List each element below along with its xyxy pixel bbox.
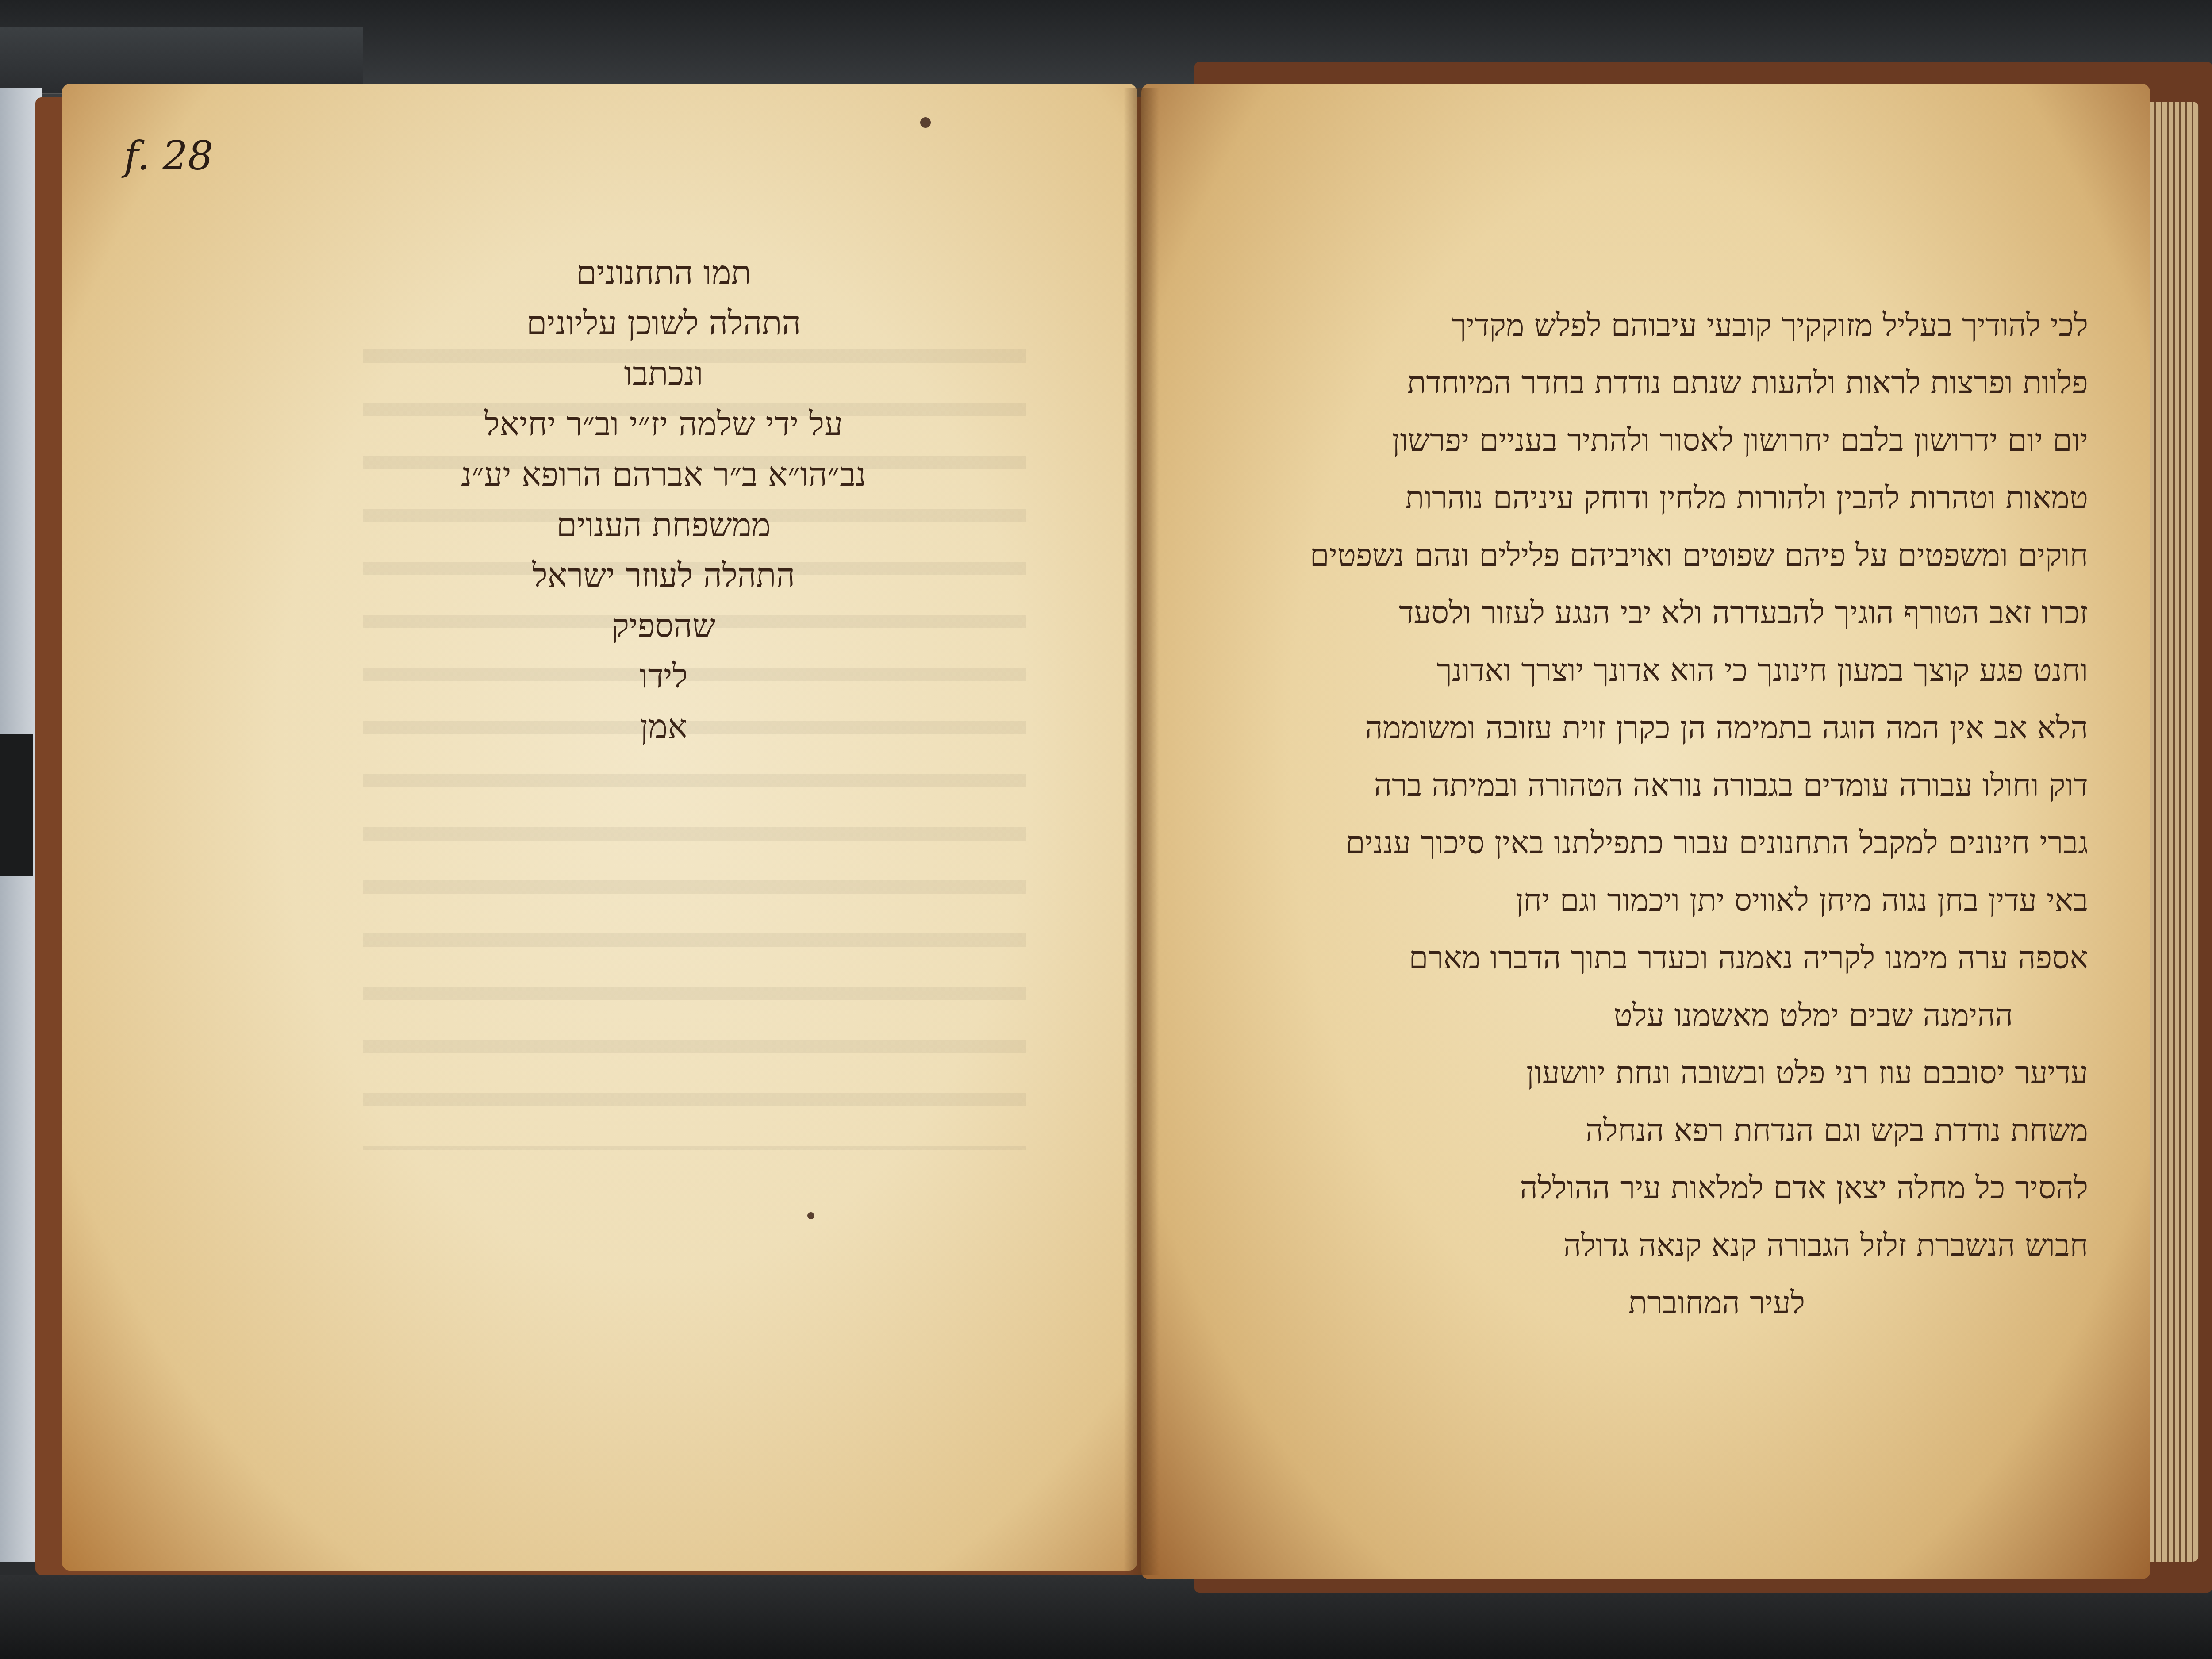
page-edges [2150, 102, 2199, 1562]
colophon-line: אמן [310, 702, 1018, 752]
poem-line: חבוש הנשברת זלזל הגבורה קנא קנאה גדולה [1194, 1217, 2088, 1274]
poem-line: טמאות וטהרות להבין ולהורות מלחין ודוחק ע… [1194, 469, 2088, 526]
colophon-line: ממשפחת הענוים [310, 500, 1018, 550]
poem-line: חוקים ומשפטים על פיהם שפוטים ואויביהם פל… [1194, 526, 2088, 584]
colophon-line: שהספיק [310, 601, 1018, 651]
book-clamp [0, 734, 33, 876]
colophon-text-block: תמו התחנונים התהלה לשוכן עליונים ונכתבו … [310, 248, 1018, 752]
poem-line: פלוות ופרצות לראות ולהעות שנתם נודדת בחד… [1194, 354, 2088, 411]
folio-number: f. 28 [124, 133, 213, 179]
colophon-line: לידו [310, 651, 1018, 702]
poem-text-block: לכי להודיך בעליל מזוקקיך קובעי עיבוהם לפ… [1194, 296, 2088, 1332]
colophon-line: התהלה לשוכן עליונים [310, 298, 1018, 349]
colophon-line: התהלה לעוזר ישראל [310, 550, 1018, 601]
colophon-line: נב״הו״א ב״ר אברהם הרופא יע״נ [310, 449, 1018, 500]
poem-line: וחנט פגע קוצך במעון חינונך כי הוא אדונך … [1194, 641, 2088, 699]
poem-line: לעיר המחוברת [1194, 1274, 2088, 1332]
poem-line: עדיער יסובבם עוז רני פלט ובשובה ונחת יוו… [1194, 1044, 2088, 1102]
poem-line: הלא אב אין המה הוגה בתמימה הן כקרן זוית … [1194, 699, 2088, 757]
poem-line: ההימנה שבים ימלט מאשמנו עלט [1194, 987, 2088, 1044]
poem-line: לכי להודיך בעליל מזוקקיך קובעי עיבוהם לפ… [1194, 296, 2088, 354]
ink-spot [920, 117, 931, 128]
poem-line: יום יום ידרושון בלבם יחרושון לאסור ולהתי… [1194, 411, 2088, 469]
ink-spot [807, 1212, 814, 1219]
colophon-line: על ידי שלמה יז״י וב״ר יחיאל [310, 399, 1018, 449]
poem-line: גברי חינונים למקבל התחנונים עבור כתפילתנ… [1194, 814, 2088, 872]
poem-line: זכרו זאב הטורף הוגיך להבעדרה ולא יבי הנג… [1194, 584, 2088, 641]
book-gutter [1124, 88, 1159, 1575]
poem-line: דוק וחולו עבורה עומדים בגבורה נוראה הטהו… [1194, 757, 2088, 814]
poem-line: משחת נודדת בקש וגם הנדחת רפא הנחלה [1194, 1102, 2088, 1159]
poem-line: אספה ערה מימנו לקריה נאמנה וכעדר בתוך הד… [1194, 929, 2088, 987]
colophon-line: ונכתבו [310, 349, 1018, 399]
poem-line: באי עדין בחן נגוה מיחן לאוויס יתן ויכמור… [1194, 872, 2088, 929]
poem-line: להסיר כל מחלה יצאן אדם למלאות עיר ההוללה [1194, 1159, 2088, 1217]
colophon-line: תמו התחנונים [310, 248, 1018, 298]
